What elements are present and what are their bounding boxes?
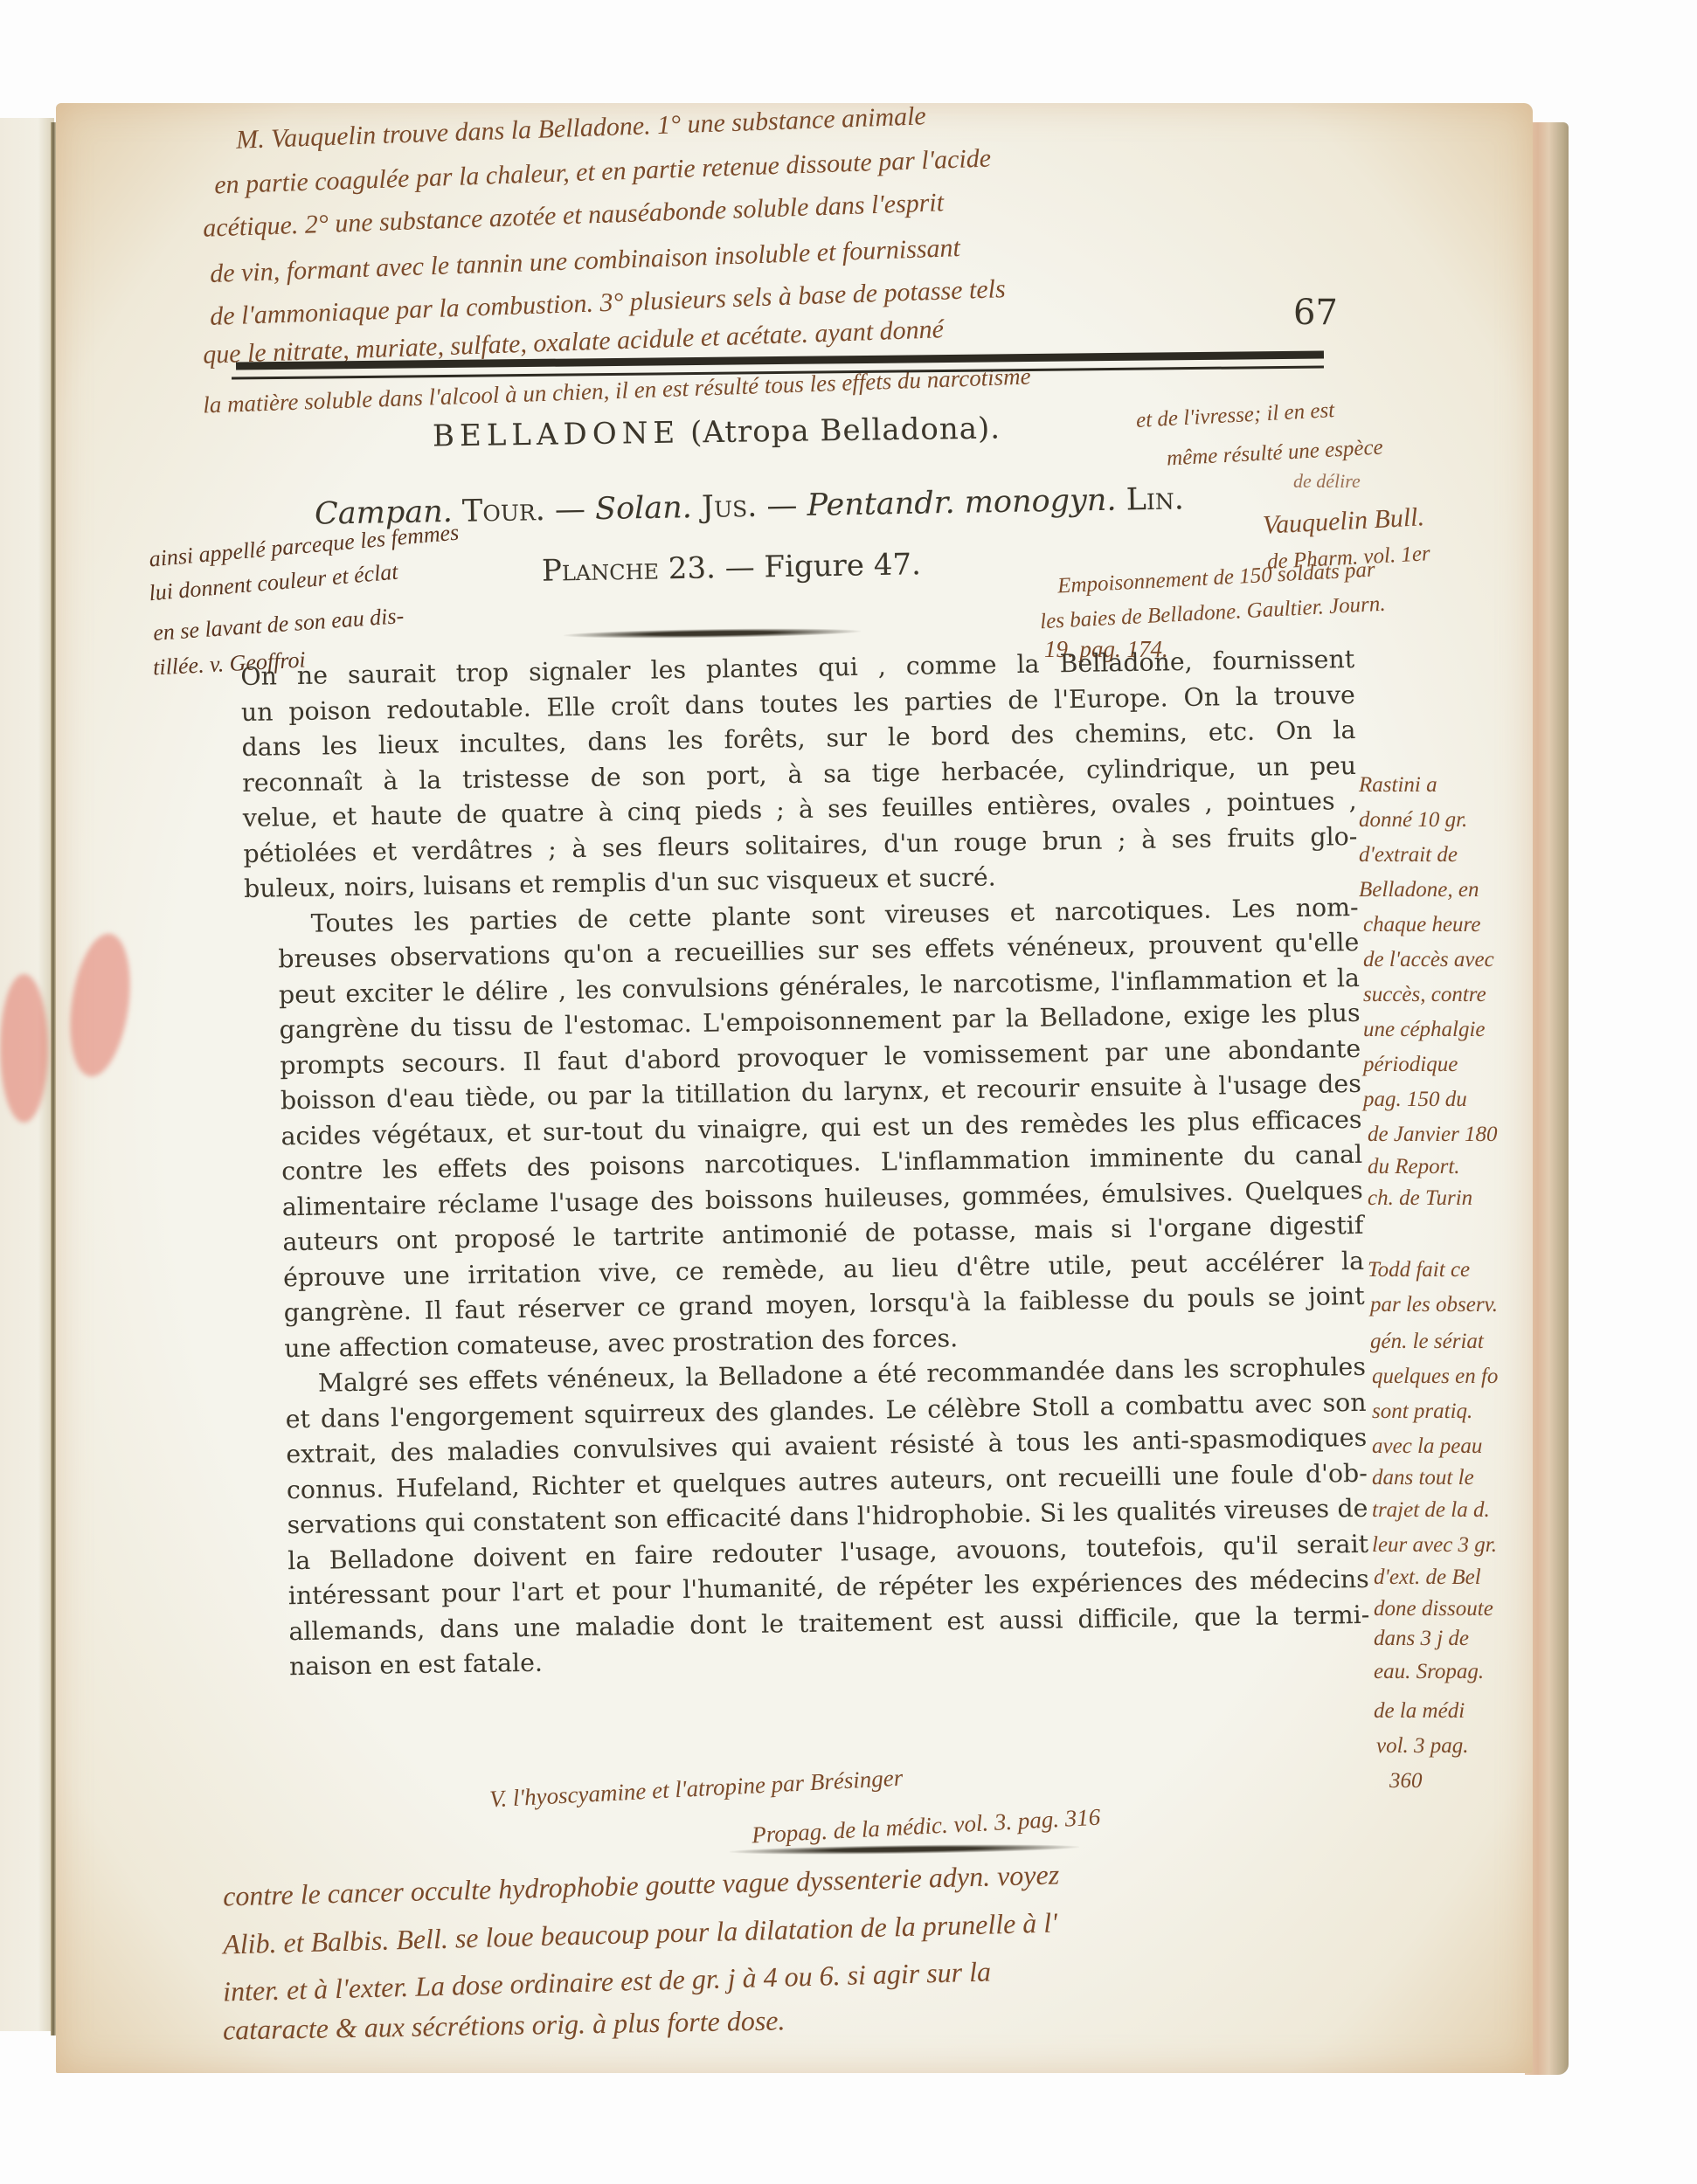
handwritten-line: par les observ. [1370, 1293, 1498, 1317]
handwritten-line: succès, contre [1363, 983, 1486, 1007]
handwritten-line: gén. le sériat [1370, 1330, 1484, 1354]
classification-class-linnaeus: Pentandr. monogyn. [807, 483, 1117, 523]
handwritten-line: du Report. [1368, 1155, 1460, 1179]
handwritten-line: done dissoute [1374, 1597, 1493, 1621]
handwritten-line: de l'accès avec [1363, 948, 1494, 972]
handwritten-line: sont pratiq. [1372, 1400, 1472, 1424]
handwritten-line: périodique [1363, 1053, 1458, 1077]
handwritten-line: dans 3 j de [1374, 1627, 1469, 1651]
handwritten-line: de la médi [1374, 1699, 1465, 1724]
separator: — [715, 549, 764, 585]
figure-label: Figure 47. [764, 547, 921, 584]
separator: — [757, 488, 807, 524]
handwritten-line: eau. Sropag. [1374, 1660, 1484, 1684]
handwritten-line: Todd fait ce [1368, 1258, 1470, 1282]
page-number: 67 [1293, 293, 1338, 333]
handwritten-line: de délire [1293, 470, 1361, 493]
handwritten-line: Belladone, en [1359, 878, 1479, 902]
handwritten-line: une céphalgie [1363, 1018, 1486, 1042]
handwritten-line: Rastini a [1359, 773, 1437, 798]
red-stain-left-page [0, 974, 48, 1123]
handwritten-line: vol. 3 pag. [1376, 1734, 1469, 1759]
handwritten-line: d'ext. de Bel [1374, 1565, 1481, 1590]
handwritten-line: trajet de la d. [1372, 1498, 1490, 1523]
classification-author-linnaeus: Lin. [1126, 481, 1184, 517]
classification-family-jussieu: Solan. [595, 490, 692, 527]
handwritten-line: d'extrait de [1359, 843, 1458, 867]
plate-reference: Planche 23. — Figure 47. [542, 547, 921, 589]
handwritten-line: donné 10 gr. [1359, 808, 1467, 833]
handwritten-line: 360 [1389, 1769, 1423, 1794]
paragraph-1: On ne saurait trop signaler les plantes … [240, 642, 1358, 907]
paragraph-2: Toutes les parties de cette plante sont … [244, 889, 1365, 1366]
title-common-name: BELLADONE [433, 416, 681, 454]
title-latin-name: (Atropa Belladona). [690, 411, 1001, 450]
classification-author-tournefort: Tour. [462, 493, 546, 529]
plate-label: Planche 23. [542, 550, 717, 588]
handwritten-line: dans tout le [1372, 1466, 1474, 1490]
classification-author-jussieu: Jus. [702, 489, 758, 525]
handwritten-line: de Janvier 180 [1368, 1123, 1498, 1147]
paragraph-3: Malgré ses effets vénéneux, la Belladone… [252, 1350, 1371, 1685]
handwritten-line: ch. de Turin [1368, 1186, 1472, 1211]
handwritten-line: quelques en fo [1372, 1365, 1498, 1389]
handwritten-line: leur avec 3 gr. [1372, 1533, 1497, 1558]
handwritten-line: avec la peau [1372, 1434, 1482, 1459]
handwritten-line: chaque heure [1363, 913, 1480, 937]
separator: — [544, 492, 595, 528]
handwritten-line: pag. 150 du [1363, 1088, 1467, 1112]
article-body: On ne saurait trop signaler les plantes … [240, 642, 1370, 1685]
